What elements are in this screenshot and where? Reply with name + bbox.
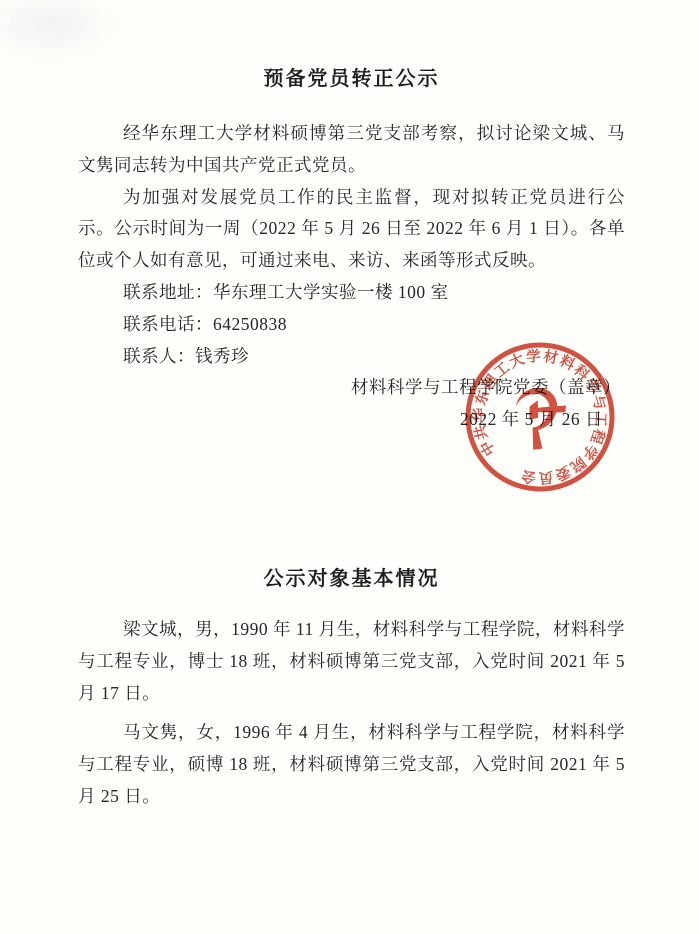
signature-organization: 材料科学与工程学院党委（盖章） [78,372,625,404]
paragraph-publicity-period: 为加强对发展党员工作的民主监督，现对拟转正党员进行公示。公示时间为一周（2022… [78,182,625,277]
contact-person: 联系人：钱秀珍 [78,341,625,373]
paragraph-candidate-1: 梁文城，男，1990 年 11 月生，材料科学与工程学院，材料科学与工程专业，博… [78,614,625,709]
document-title: 预备党员转正公示 [78,64,625,94]
signature-date: 2022 年 5 月 26 日 [78,404,625,436]
scan-smudge [0,0,125,65]
contact-phone: 联系电话：64250838 [78,309,625,341]
document-page: 预备党员转正公示 经华东理工大学材料硕博第三党支部考察，拟讨论梁文城、马文隽同志… [0,0,699,934]
paragraph-resolution: 经华东理工大学材料硕博第三党支部考察，拟讨论梁文城、马文隽同志转为中国共产党正式… [78,118,625,182]
document-content: 预备党员转正公示 经华东理工大学材料硕博第三党支部考察，拟讨论梁文城、马文隽同志… [78,64,625,813]
paragraph-candidate-2: 马文隽，女，1996 年 4 月生，材料科学与工程学院，材料科学与工程专业，硕博… [78,717,625,812]
section-heading-basic-info: 公示对象基本情况 [78,564,625,594]
contact-address: 联系地址：华东理工大学实验一楼 100 室 [78,277,625,309]
